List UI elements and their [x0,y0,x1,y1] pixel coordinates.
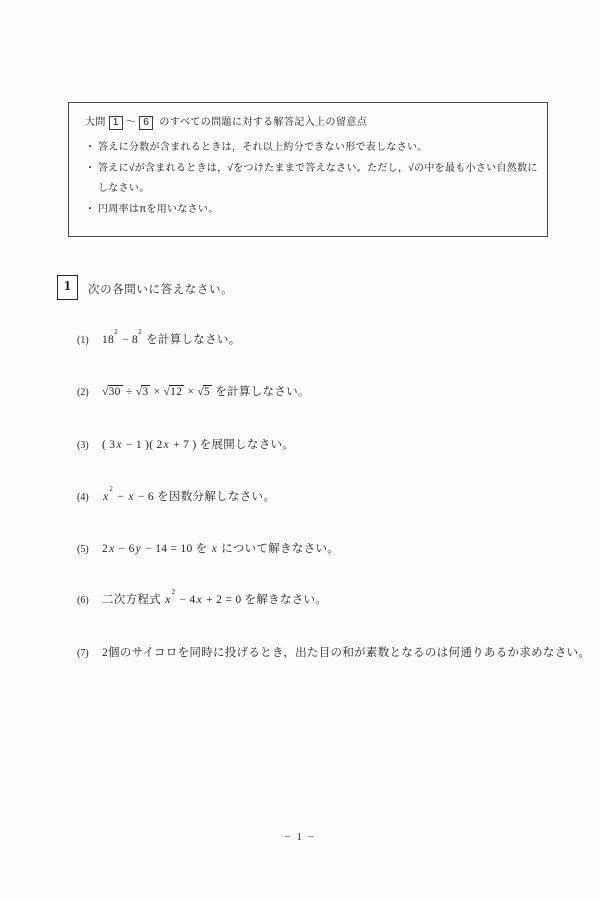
problem-text: 二次方程式 x2 − 4x + 2 = 0 を解きなさい。 [102,594,327,606]
notice-title: 大問1～6 のすべての問題に対する解答記入上の留意点 [85,115,541,131]
problem-label: (3) [77,440,98,451]
problem-label: (2) [77,387,98,398]
problem-row-4: (4)x2 − x − 6 を因数分解しなさい。 [77,488,275,504]
sqrt-expression: √12 [164,386,185,398]
problem-text: 182 − 82 を計算しなさい。 [102,334,241,346]
problem-row-6: (6)二次方程式 x2 − 4x + 2 = 0 を解きなさい。 [77,591,327,607]
sqrt-expression: √3 [136,386,151,398]
math-variable: x [115,439,122,451]
math-variable: y [135,543,142,555]
boxed-problem-number-start: 1 [109,116,123,130]
superscript: 2 [109,485,113,493]
notice-bullet-text: 答えに√が含まれるときは，√をつけたままで答えなさい。ただし，√の中を最も小さい… [98,163,538,195]
notice-title-suffix: のすべての問題に対する解答記入上の留意点 [159,117,367,128]
notice-title-tilde: ～ [126,117,136,128]
section-number-box: 1 [57,275,78,300]
problem-label: (4) [77,492,98,503]
page-number: − 1 − [0,831,600,843]
notice-bullet: ・ 答えに分数が含まれるときは，それ以上約分できない形で表しなさい。 [85,138,541,159]
math-variable: x [127,491,134,503]
sqrt-expression: √5 [197,386,212,398]
problem-label: (6) [77,595,98,606]
bullet-dot-icon: ・ [85,138,95,159]
boxed-problem-number-end: 6 [139,116,153,130]
problem-row-1: (1)182 − 82 を計算しなさい。 [77,331,241,347]
problem-row-5: (5)2x − 6y − 14 = 10 を x について解きなさい。 [77,540,339,556]
problem-text: x2 − x − 6 を因数分解しなさい。 [102,491,275,503]
notice-box: 大問1～6 のすべての問題に対する解答記入上の留意点 ・ 答えに分数が含まれると… [68,102,548,237]
notice-title-prefix: 大問 [85,117,106,128]
notice-bullet: ・ 円周率はπを用いなさい。 [85,200,541,221]
sqrt-expression: √30 [102,386,123,398]
bullet-dot-icon: ・ [85,159,95,180]
math-variable: x [211,543,218,555]
radicand: 30 [108,385,123,398]
exam-page: 大問1～6 のすべての問題に対する解答記入上の留意点 ・ 答えに分数が含まれると… [0,0,600,900]
section-lead-text: 次の各問いに答えなさい。 [88,281,233,297]
superscript: 2 [114,328,118,336]
notice-bullet-text: 答えに分数が含まれるときは，それ以上約分できない形で表しなさい。 [98,142,428,153]
math-variable: x [163,439,170,451]
bullet-dot-icon: ・ [85,200,95,221]
radicand: 3 [141,385,150,398]
math-variable: x [108,543,115,555]
radicand: 12 [169,385,184,398]
problem-row-3: (3)( 3x − 1 )( 2x + 7 ) を展開しなさい。 [77,436,294,452]
problem-row-7: (7)2個のサイコロを同時に投げるとき，出た目の和が素数となるのは何通りあるか求… [77,644,590,660]
notice-bullet: ・ 答えに√が含まれるときは，√をつけたままで答えなさい。ただし，√の中を最も小… [85,159,541,200]
problem-text: ( 3x − 1 )( 2x + 7 ) を展開しなさい。 [102,439,294,451]
section-number: 1 [64,279,71,294]
problem-text: √30 ÷ √3 × √12 × √5 を計算しなさい。 [102,386,310,398]
problem-text: 2x − 6y − 14 = 10 を x について解きなさい。 [102,543,339,555]
notice-bullet-text: 円周率はπを用いなさい。 [98,204,219,215]
math-variable: x [164,594,171,606]
problem-label: (5) [77,544,98,555]
math-variable: x [196,594,203,606]
problem-row-2: (2)√30 ÷ √3 × √12 × √5 を計算しなさい。 [77,383,310,399]
problem-label: (7) [77,648,98,659]
superscript: 2 [172,588,176,596]
problem-text: 2個のサイコロを同時に投げるとき，出た目の和が素数となるのは何通りあるか求めなさ… [102,647,590,659]
problem-label: (1) [77,335,98,346]
radicand: 5 [203,385,212,398]
superscript: 2 [138,328,142,336]
